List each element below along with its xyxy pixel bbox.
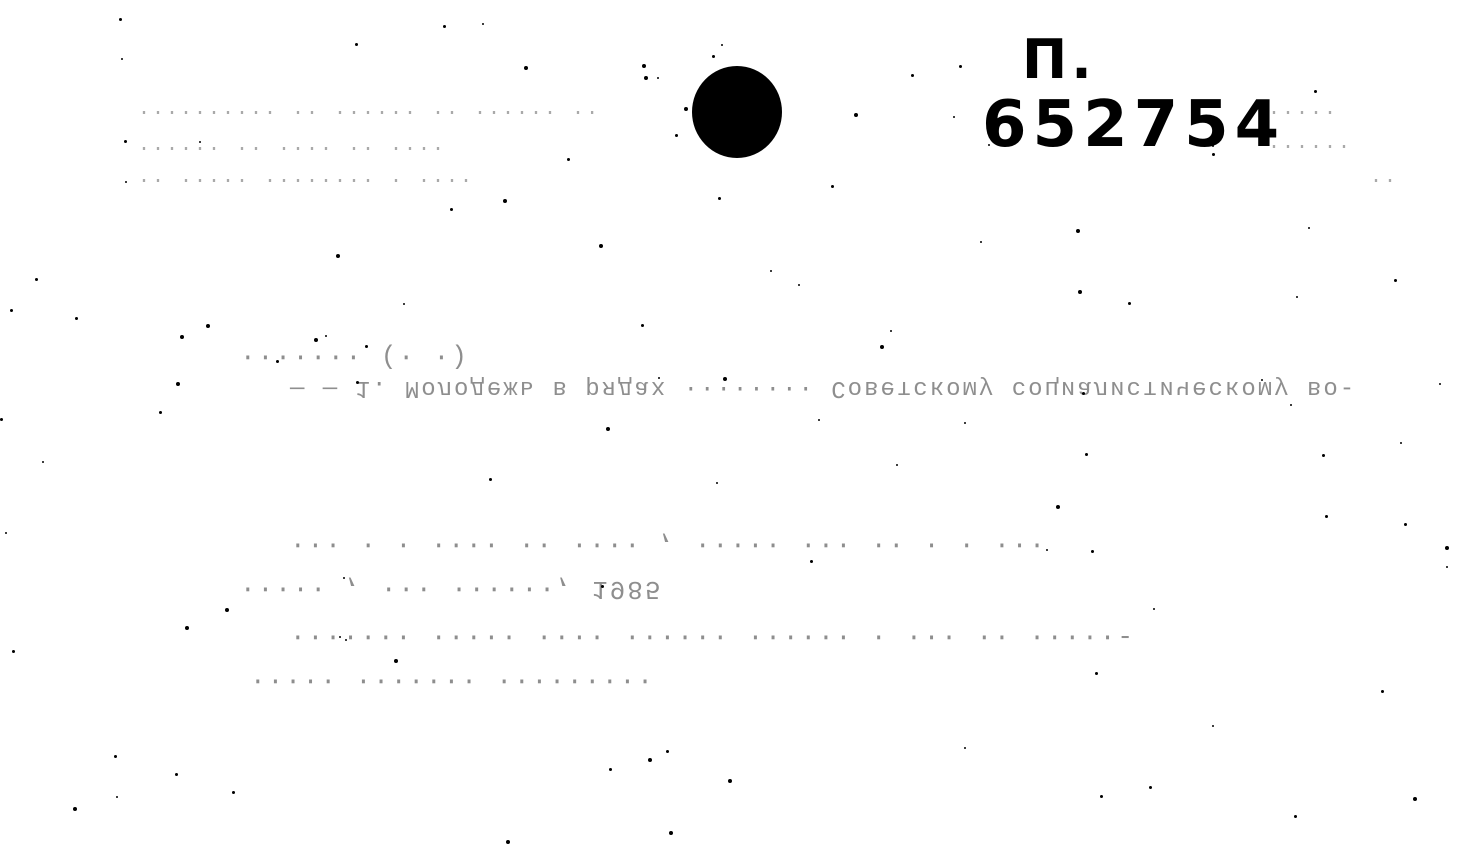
speck bbox=[325, 335, 327, 337]
speck bbox=[642, 64, 646, 68]
body-line-1: ······· (· ·) bbox=[240, 342, 469, 372]
speck bbox=[1381, 690, 1384, 693]
speck bbox=[721, 44, 723, 46]
speck bbox=[314, 338, 318, 342]
body-line-4: ····· , ··· ······, 1985 bbox=[240, 574, 662, 604]
speck bbox=[1128, 302, 1131, 305]
speck bbox=[489, 478, 492, 481]
speck bbox=[1446, 566, 1448, 568]
speck bbox=[159, 411, 162, 414]
speck bbox=[1325, 515, 1328, 518]
speck bbox=[365, 345, 368, 348]
right-header-line-1: ····· bbox=[1268, 100, 1338, 123]
speck bbox=[10, 309, 13, 312]
body-line-2: — — 1. Молодежь в рядах ········ Советск… bbox=[290, 374, 1356, 401]
speck bbox=[42, 461, 44, 463]
speck bbox=[599, 244, 603, 248]
speck bbox=[1413, 797, 1417, 801]
speck bbox=[339, 636, 341, 638]
speck bbox=[450, 208, 453, 211]
speck bbox=[503, 199, 507, 203]
speck bbox=[1149, 786, 1152, 789]
speck bbox=[964, 747, 966, 749]
speck bbox=[343, 577, 345, 579]
speck bbox=[818, 419, 820, 421]
speck bbox=[728, 779, 732, 783]
speck bbox=[716, 482, 718, 484]
speck bbox=[1056, 505, 1060, 509]
speck bbox=[180, 335, 184, 339]
speck bbox=[1100, 795, 1103, 798]
speck bbox=[1212, 725, 1214, 727]
speck bbox=[648, 758, 652, 762]
speck bbox=[336, 254, 340, 258]
catalog-card: П. 652754 ·········· ·· ······ ·· ······… bbox=[0, 0, 1464, 864]
speck bbox=[1322, 454, 1325, 457]
speck bbox=[567, 158, 570, 161]
speck bbox=[953, 116, 955, 118]
speck bbox=[890, 330, 892, 332]
speck bbox=[73, 807, 77, 811]
speck bbox=[1078, 290, 1082, 294]
handwritten-number: 652754 bbox=[982, 88, 1285, 162]
speck bbox=[1212, 145, 1214, 147]
speck bbox=[770, 270, 772, 272]
speck bbox=[1400, 442, 1402, 444]
body-line-5: ······· ····· ···· ······ ······ · ··· ·… bbox=[290, 622, 1135, 652]
speck bbox=[276, 360, 279, 363]
speck bbox=[1212, 153, 1215, 156]
speck bbox=[1085, 453, 1088, 456]
speck bbox=[1439, 383, 1441, 385]
speck bbox=[124, 140, 127, 143]
speck bbox=[116, 796, 118, 798]
speck bbox=[1296, 296, 1298, 298]
speck bbox=[601, 585, 604, 588]
speck bbox=[35, 278, 38, 281]
speck bbox=[1261, 379, 1263, 381]
speck bbox=[880, 345, 884, 349]
speck bbox=[669, 831, 673, 835]
speck bbox=[121, 58, 123, 60]
right-header-line-3: ·· bbox=[1370, 168, 1398, 191]
speck bbox=[506, 840, 510, 844]
speck bbox=[896, 464, 898, 466]
speck bbox=[831, 185, 834, 188]
speck bbox=[675, 134, 678, 137]
header-line-1: ·········· ·· ······ ·· ······ ·· bbox=[138, 100, 600, 123]
speck bbox=[1046, 549, 1048, 551]
speck bbox=[911, 74, 914, 77]
speck bbox=[394, 659, 398, 663]
speck bbox=[666, 750, 669, 753]
body-line-6: ····· ······· ········· bbox=[250, 666, 655, 696]
right-header-line-2: ······ bbox=[1268, 134, 1352, 157]
speck bbox=[1314, 90, 1317, 93]
speck bbox=[482, 23, 484, 25]
speck bbox=[959, 65, 962, 68]
speck bbox=[75, 317, 78, 320]
speck bbox=[964, 422, 966, 424]
speck bbox=[1445, 546, 1449, 550]
speck bbox=[185, 626, 189, 630]
speck bbox=[644, 76, 648, 80]
speck bbox=[345, 639, 347, 641]
speck bbox=[176, 382, 180, 386]
speck bbox=[1294, 815, 1297, 818]
speck bbox=[854, 113, 858, 117]
speck bbox=[443, 25, 446, 28]
speck bbox=[980, 241, 982, 243]
handwritten-prefix: П. bbox=[1022, 28, 1096, 91]
speck bbox=[225, 608, 229, 612]
speck bbox=[1394, 279, 1397, 282]
speck bbox=[684, 107, 688, 111]
speck bbox=[712, 55, 715, 58]
speck bbox=[641, 324, 644, 327]
speck bbox=[356, 381, 359, 384]
speck bbox=[723, 377, 727, 381]
speck bbox=[1076, 229, 1080, 233]
speck bbox=[232, 791, 235, 794]
speck bbox=[12, 650, 15, 653]
speck bbox=[0, 418, 3, 421]
header-line-2: ······ ·· ···· ·· ···· bbox=[138, 136, 446, 159]
speck bbox=[1153, 608, 1155, 610]
punch-hole bbox=[692, 66, 782, 158]
speck bbox=[658, 377, 660, 379]
body-line-3: ··· · · ···· ·· ···· , ····· ··· ·· · · … bbox=[290, 530, 1047, 560]
speck bbox=[5, 532, 7, 534]
speck bbox=[1082, 392, 1085, 395]
speck bbox=[606, 427, 610, 431]
speck bbox=[125, 181, 127, 183]
speck bbox=[1091, 550, 1094, 553]
speck bbox=[810, 560, 813, 563]
speck bbox=[199, 141, 201, 143]
speck bbox=[114, 755, 117, 758]
speck bbox=[119, 18, 122, 21]
speck bbox=[206, 324, 210, 328]
speck bbox=[798, 284, 800, 286]
speck bbox=[718, 197, 721, 200]
speck bbox=[609, 768, 612, 771]
speck bbox=[1308, 227, 1310, 229]
speck bbox=[524, 66, 528, 70]
speck bbox=[175, 773, 178, 776]
speck bbox=[657, 77, 659, 79]
speck bbox=[988, 144, 990, 146]
speck bbox=[403, 303, 405, 305]
speck bbox=[1095, 672, 1098, 675]
speck bbox=[1290, 404, 1292, 406]
speck bbox=[1404, 523, 1407, 526]
header-line-3: ·· ····· ········ · ···· bbox=[138, 168, 474, 191]
speck bbox=[355, 43, 358, 46]
